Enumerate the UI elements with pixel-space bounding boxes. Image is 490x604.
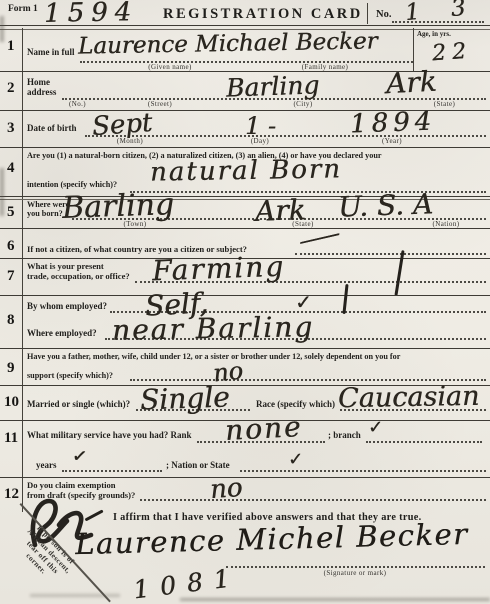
q2-city-value: Barling <box>226 70 320 102</box>
scan-smudge-top-left <box>0 16 4 42</box>
signature-sublabel: (Signature or mark) <box>285 569 425 577</box>
number-column-divider <box>22 28 23 512</box>
header-rule <box>0 25 490 26</box>
q10-race-value: Caucasian <box>338 381 480 414</box>
q10-race-label: Race (specify which) <box>256 400 335 409</box>
q1-number: 1 <box>7 38 15 55</box>
q12-label-line1: Do you claim exemption <box>27 481 116 490</box>
q6-number: 6 <box>7 238 15 255</box>
q2-number: 2 <box>7 80 15 97</box>
scan-smudge-bottom <box>180 598 490 601</box>
q4-label-line2: intention (specify which)? <box>27 181 117 190</box>
q9-number: 9 <box>7 360 15 377</box>
q5-nation-sublabel: (Nation) <box>412 220 480 228</box>
q11-branch-check-mark: ✓ <box>368 417 383 438</box>
q4-number: 4 <box>7 160 15 177</box>
row5-rule <box>0 228 490 229</box>
q2-label-line2: address <box>27 88 56 97</box>
q10-number: 10 <box>4 394 19 411</box>
row11-rule <box>0 477 490 478</box>
q2-city-sublabel: (City) <box>268 100 338 108</box>
q7-label-line2: trade, occupation, or office? <box>27 272 130 281</box>
q10-married-label: Married or single (which)? <box>27 400 130 409</box>
q3-number: 3 <box>7 120 15 137</box>
q5-label-line2: you born? <box>27 210 63 219</box>
q3-month-value: Sept <box>91 108 153 142</box>
scan-smudge-left <box>0 168 4 216</box>
q7-number: 7 <box>7 268 15 285</box>
q8-where-label: Where employed? <box>27 329 97 338</box>
q12-dotted-line <box>140 499 486 501</box>
q11-years-check-mark: ✓ <box>71 445 89 468</box>
form-number-label: Form 1 <box>8 5 38 15</box>
q1-family-name-sublabel: (Family name) <box>265 63 385 71</box>
q1-name-value: Laurence Michael Becker <box>78 28 378 59</box>
row8-rule <box>0 348 490 349</box>
q11-years-dotted-line <box>62 470 162 472</box>
age-label: Age, in yrs. <box>417 31 451 38</box>
q8-number: 8 <box>7 312 15 329</box>
scan-smudge-bottom-left <box>30 594 120 597</box>
q1-given-name-sublabel: (Given name) <box>110 63 230 71</box>
q12-exemption-value: no <box>209 473 243 505</box>
q4-citizenship-value: natural Born <box>150 154 342 187</box>
q3-day-value: 1 - <box>245 112 276 140</box>
header-divider-line <box>367 3 368 24</box>
age-box-divider <box>413 28 414 71</box>
registration-card: Form 1 1594 REGISTRATION CARD No. 1 3 1 … <box>0 0 490 604</box>
q3-label: Date of birth <box>27 124 77 133</box>
q11-nation-label: ; Nation or State <box>166 461 230 470</box>
q11-rank-value: none <box>224 410 303 447</box>
q11-nation-check-mark: ✓ <box>288 449 303 470</box>
q2-street-sublabel: (Street) <box>115 100 205 108</box>
q11-branch-dotted-line <box>366 441 482 443</box>
q7-stray-pen-stroke <box>394 250 404 296</box>
q5-town-value: Barling <box>61 187 174 226</box>
q11-label: What military service have you had? Rank <box>27 431 192 440</box>
row7-rule <box>0 295 490 296</box>
q5-nation-value: U. S. A <box>337 187 433 223</box>
q7-occupation-value: Farming <box>151 250 285 288</box>
q11-branch-label: ; branch <box>328 431 361 440</box>
q2-state-value: Ark <box>385 65 437 101</box>
q8-stray-pen-stroke <box>342 284 348 314</box>
q11-nation-dotted-line <box>240 470 486 472</box>
signature-dotted-line <box>226 566 485 568</box>
card-no-label: No. <box>376 9 391 20</box>
q11-years-label: years <box>36 461 57 470</box>
q6-dotted-line <box>295 253 486 255</box>
q7-label-line1: What is your present <box>27 262 104 271</box>
q9-label-line2: support (specify which)? <box>27 372 113 381</box>
q11-number: 11 <box>4 430 18 447</box>
q5-state-value: Ark <box>254 193 306 228</box>
q2-no-sublabel: (No.) <box>50 100 105 108</box>
card-title: REGISTRATION CARD <box>163 7 363 22</box>
q3-year-value: 1894 <box>350 107 437 140</box>
q12-number: 12 <box>4 486 19 503</box>
age-value: 22 <box>431 39 473 67</box>
q1-label: Name in full <box>27 48 75 57</box>
q5-number: 5 <box>7 204 15 221</box>
q8-employer-label: By whom employed? <box>27 302 107 311</box>
q8-where-value: near Barling <box>112 310 315 347</box>
q10-married-value: Single <box>139 380 230 416</box>
row3-rule <box>0 147 490 148</box>
